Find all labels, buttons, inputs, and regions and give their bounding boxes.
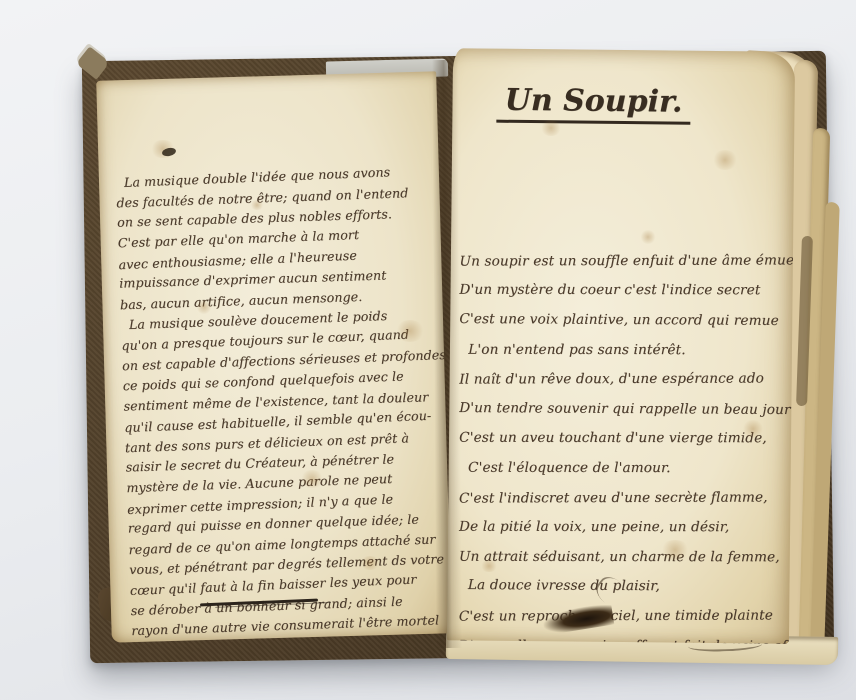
- foxing-spot: [395, 320, 425, 342]
- manuscript-line: Il naît d'un rêve doux, d'une espérance …: [459, 365, 791, 396]
- poem-title: Un Soupir.: [452, 82, 734, 125]
- manuscript-line: Un attrait séduisant, un charme de la fe…: [459, 542, 791, 572]
- left-page-text: La musique double l'idée que nous avonsd…: [96, 71, 452, 642]
- foxing-spot: [640, 230, 656, 244]
- foxing-spot: [540, 120, 562, 136]
- foxing-spot: [250, 200, 264, 210]
- foxing-spot: [742, 420, 764, 438]
- foxing-spot: [712, 150, 738, 170]
- foxing-spot: [360, 556, 380, 570]
- manuscript-line: D'un mystère du coeur c'est l'indice sec…: [459, 276, 791, 306]
- manuscript-line: C'est l'indiscret aveu d'une secrète fla…: [459, 483, 791, 514]
- foxing-spot: [300, 470, 324, 488]
- manuscript-line: L'on n'entend pas sans intérêt.: [459, 335, 791, 365]
- manuscript-line: C'est l'éloquence de l'amour.: [459, 454, 791, 484]
- right-page-text: Un soupir est un souffle enfuit d'une âm…: [449, 158, 792, 644]
- manuscript-line: C'est une voix plaintive, un accord qui …: [459, 305, 791, 337]
- foxing-spot: [480, 560, 498, 572]
- right-manuscript-page: Un Soupir. Un soupir est un souffle enfu…: [447, 48, 795, 644]
- manuscript-line: Un soupir est un souffle enfuit d'une âm…: [459, 246, 791, 277]
- foxing-spot: [196, 300, 212, 314]
- left-manuscript-page: La musique double l'idée que nous avonsd…: [96, 71, 452, 642]
- book-gutter-shadow: [432, 60, 462, 648]
- foxing-spot: [660, 540, 690, 560]
- manuscript-line: De la pitié la voix, une peine, un désir…: [459, 513, 791, 543]
- poem-title-text: Un Soupir.: [496, 83, 690, 125]
- manuscript-line: D'un tendre souvenir qui rappelle un bea…: [459, 394, 791, 426]
